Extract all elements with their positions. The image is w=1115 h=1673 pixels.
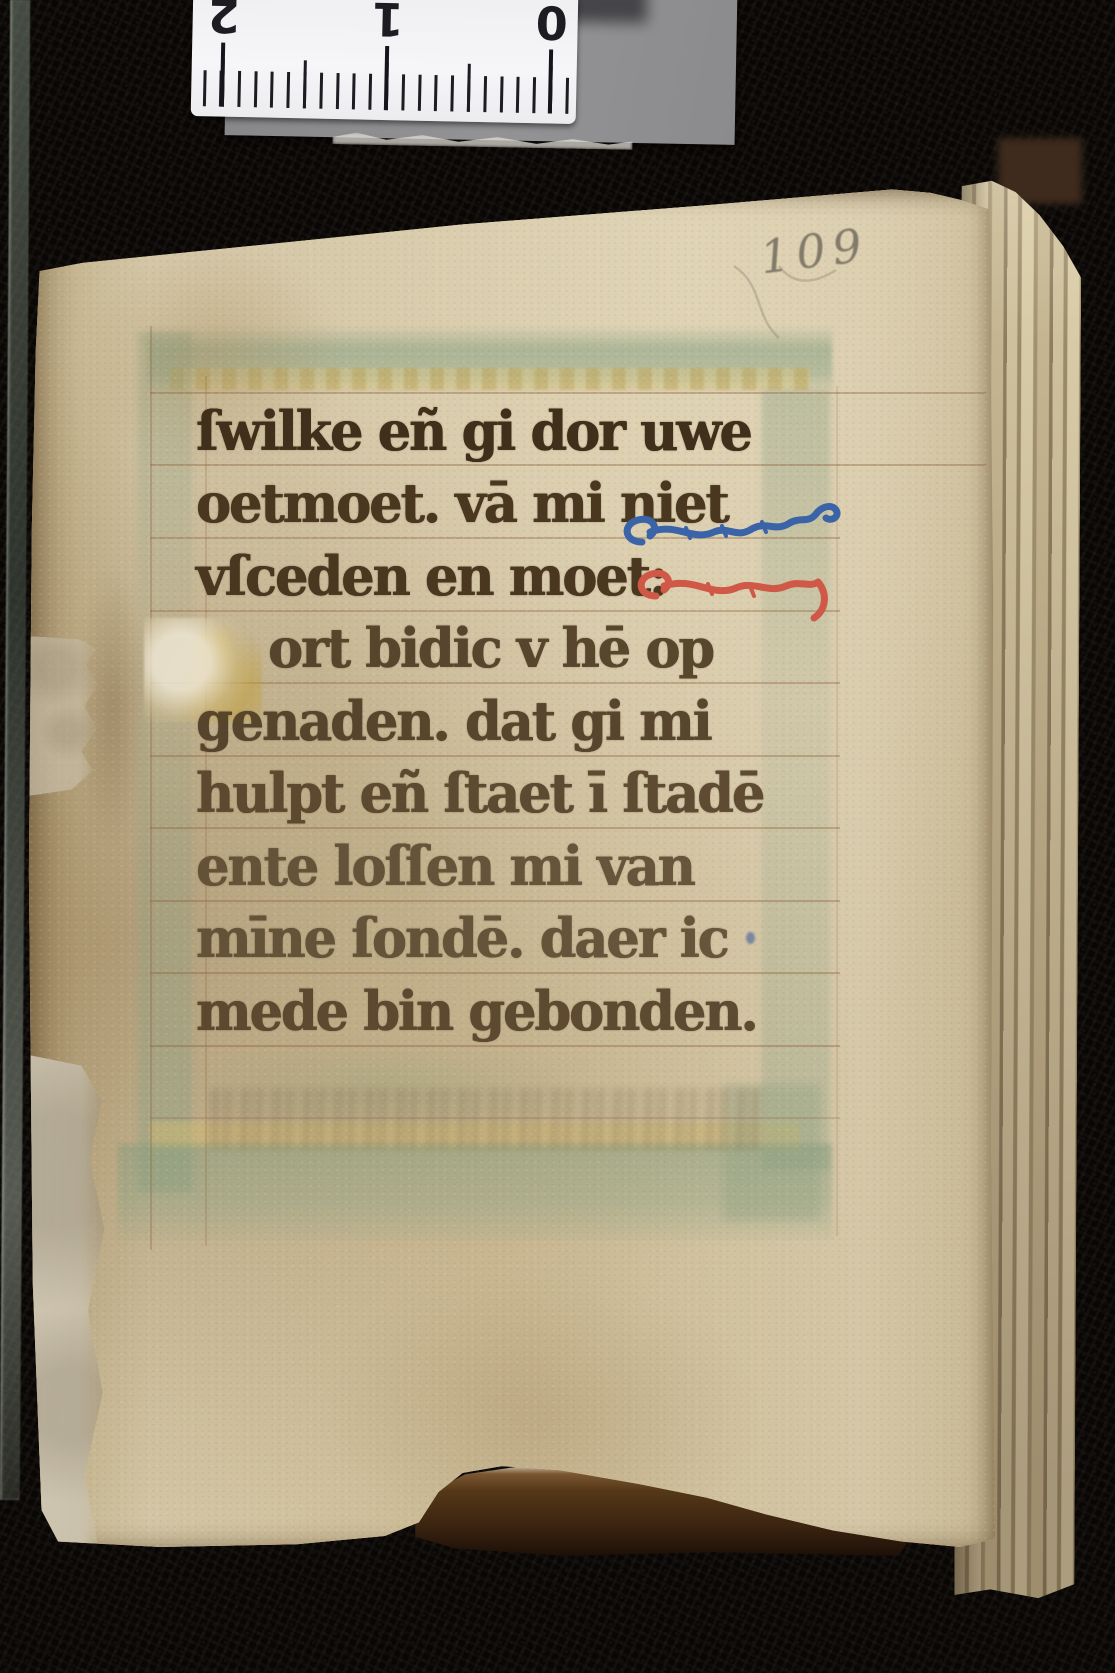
red-penwork-flourish bbox=[628, 556, 844, 642]
text-line: ſwilke eñ gi dor uwe bbox=[196, 396, 751, 466]
ruler-label-1: 1 bbox=[362, 0, 413, 47]
ruler-label-0: 0 bbox=[526, 0, 577, 50]
text-line: hulpt eñ ſtaet ī ſtadē bbox=[196, 758, 763, 828]
border-band-bottom-green bbox=[118, 1144, 832, 1240]
text-line: mede bin gebonden. bbox=[196, 976, 757, 1046]
text-line: ente loſſen mi van bbox=[196, 831, 694, 901]
gutter-repair-patch bbox=[24, 1054, 106, 1638]
ruler-label-2: 2 bbox=[198, 0, 249, 43]
border-band-top-gold bbox=[170, 368, 810, 390]
ruler: 2 1 0 bbox=[191, 0, 579, 124]
ruler-ticks-cm bbox=[191, 42, 571, 114]
ink-speck bbox=[746, 932, 755, 944]
manuscript-page: 109 ſwilke eñ gi dor uwe oetmoet. vā mi … bbox=[24, 186, 999, 1558]
glass-plate-edge bbox=[0, 0, 30, 1500]
text-line: genaden. dat gi mi bbox=[196, 686, 711, 756]
text-line: mīne ſondē. daer ic bbox=[196, 903, 728, 973]
ruling-line bbox=[150, 392, 986, 394]
stain bbox=[78, 566, 148, 846]
border-band-left-green bbox=[138, 332, 192, 1192]
bleedthrough-text-ghost bbox=[210, 1088, 762, 1150]
ruling-line-vertical bbox=[150, 326, 152, 1250]
text-line: vſceden en moet: bbox=[196, 541, 666, 611]
manuscript-photo: 2 1 0 bbox=[0, 0, 1115, 1673]
pencil-flourish bbox=[724, 256, 844, 346]
gutter-repair-patch bbox=[28, 636, 100, 796]
